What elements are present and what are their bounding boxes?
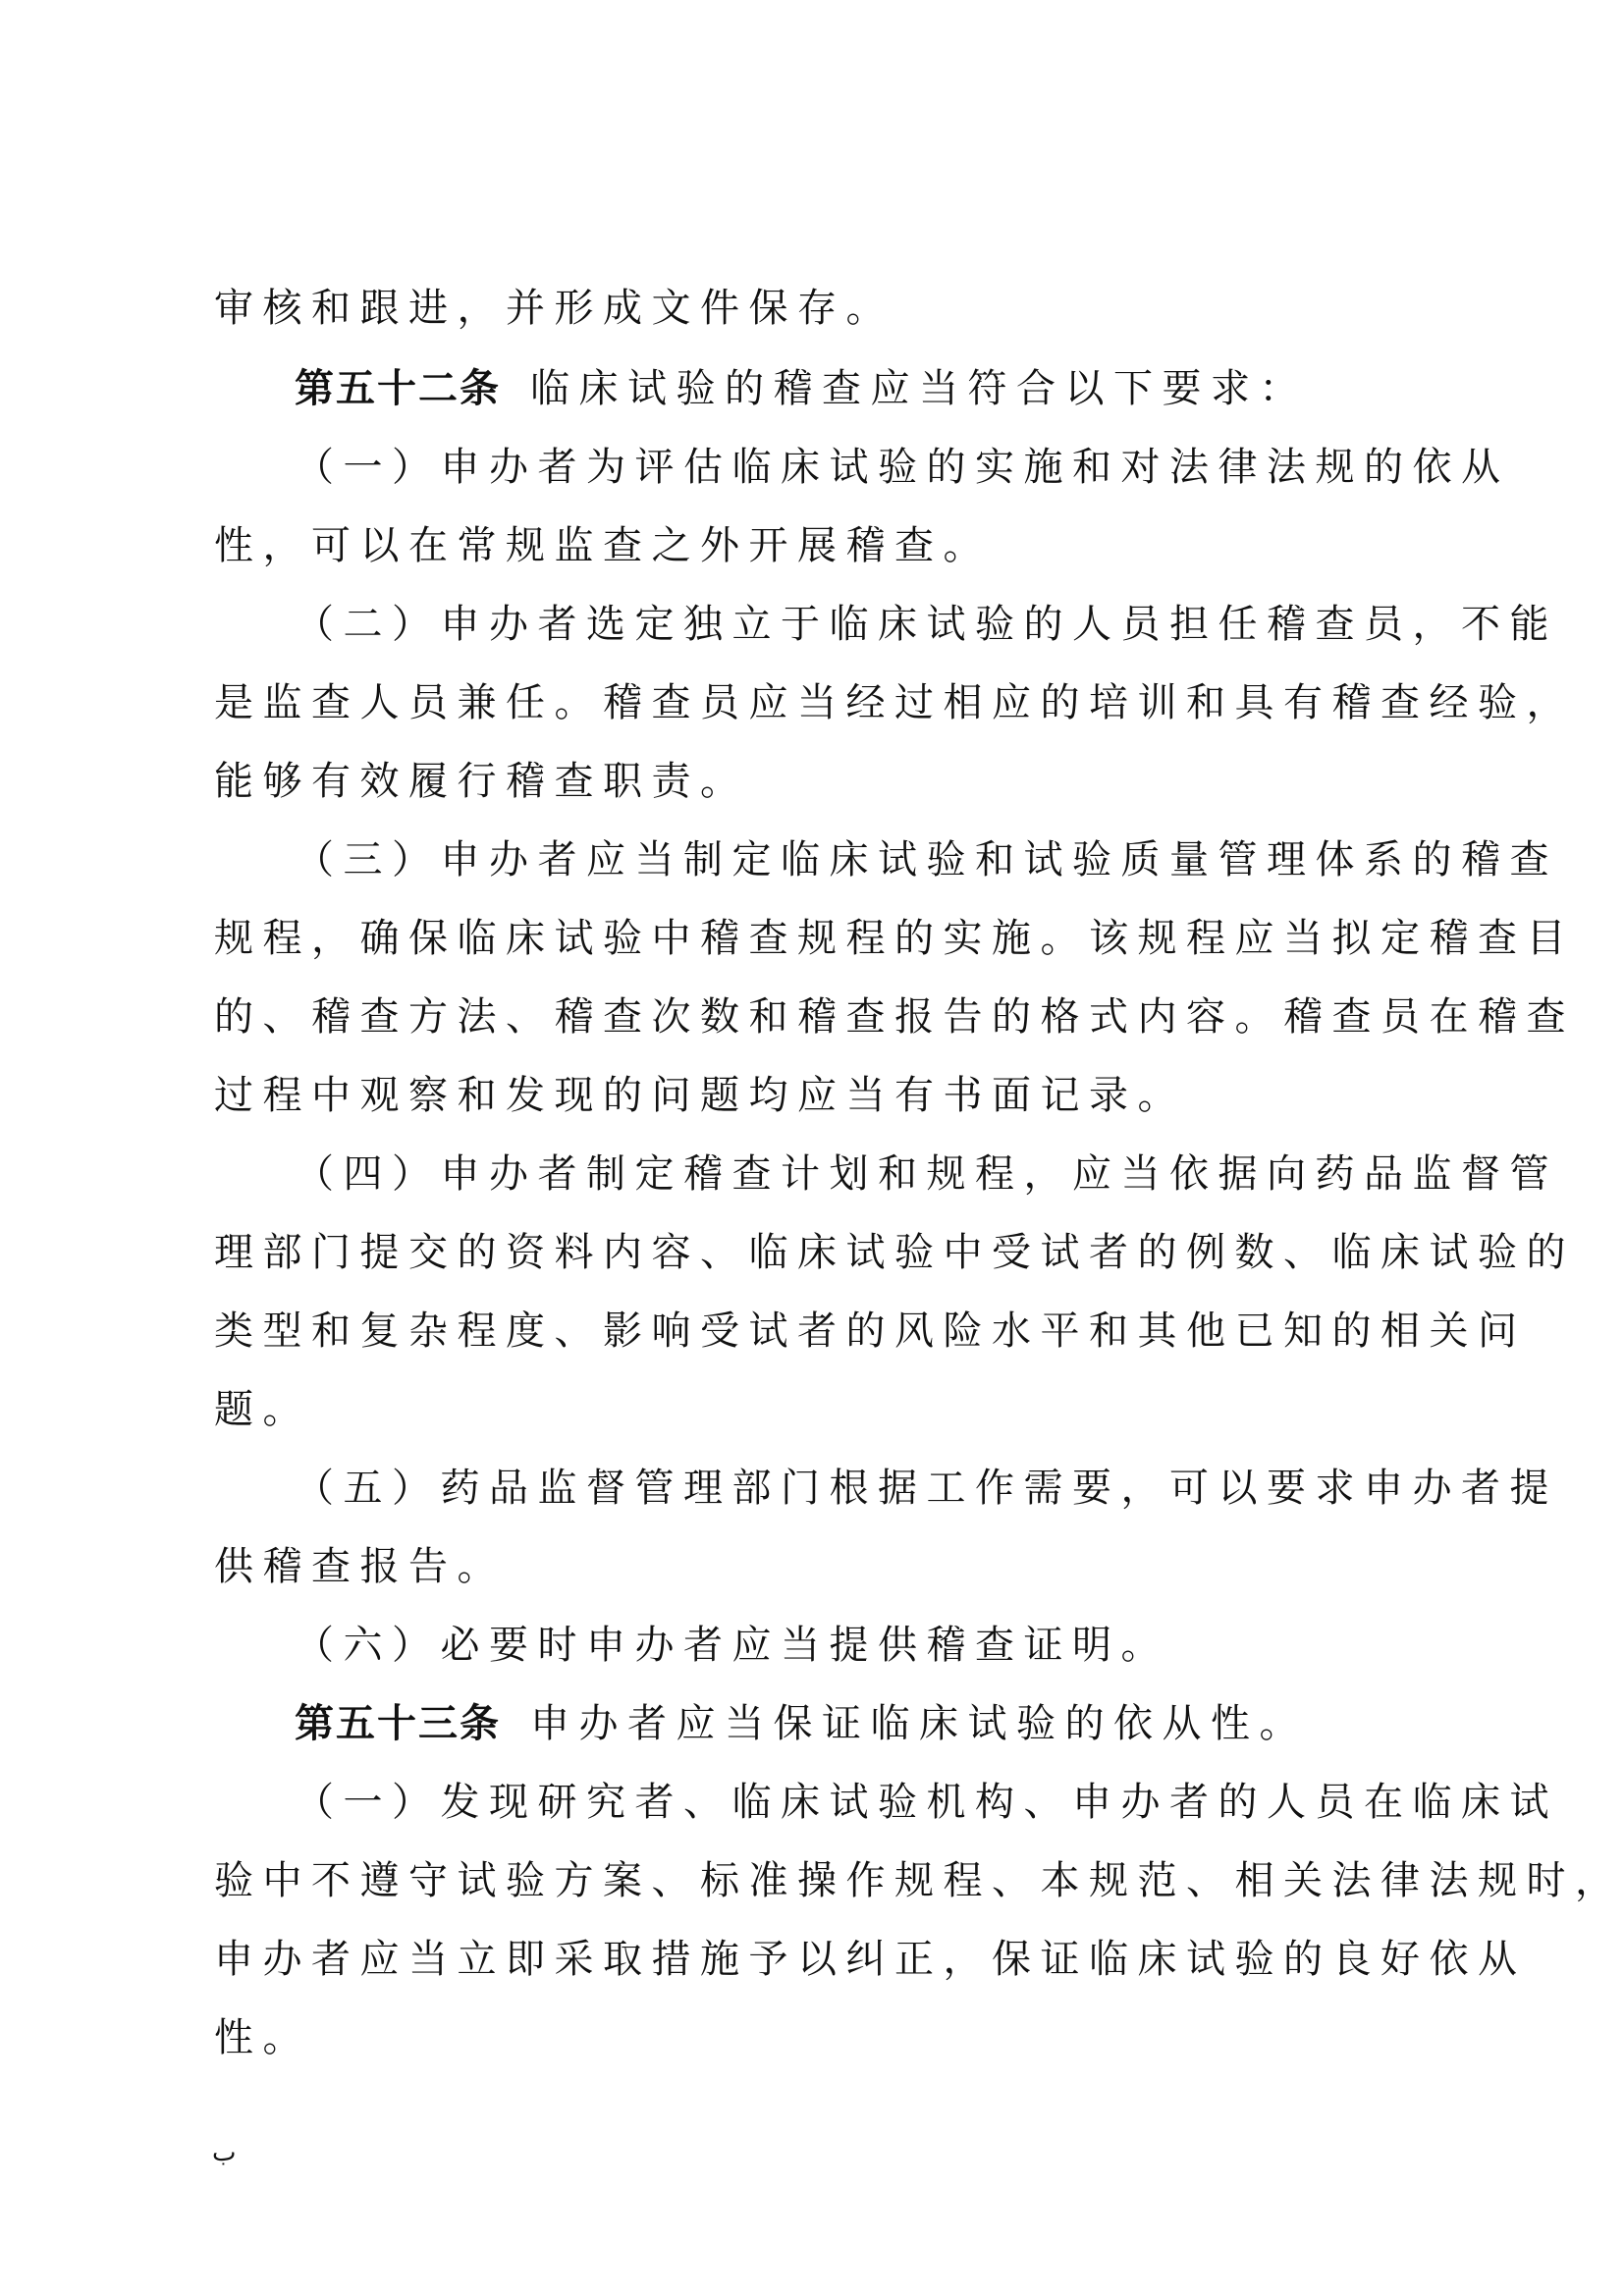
text-line: （二）申办者选定独立于临床试验的人员担任稽查员，不能 [295, 601, 1558, 648]
text-line: （一）发现研究者、临床试验机构、申办者的人员在临床试 [295, 1779, 1558, 1826]
text-line: 是监查人员兼任。稽查员应当经过相应的培训和具有稽查经验， [214, 679, 1575, 726]
text-line: （六）必要时申办者应当提供稽查证明。 [295, 1622, 1169, 1669]
text-line: （一）申办者为评估临床试验的实施和对法律法规的依从 [295, 444, 1510, 491]
article-heading: 第五十二条 [295, 366, 501, 411]
text-line: （三）申办者应当制定临床试验和试验质量管理体系的稽查 [295, 836, 1558, 883]
text-line: 性。 [214, 2014, 311, 2061]
article-heading: 第五十三条 [295, 1701, 501, 1746]
text-line: 理部门提交的资料内容、临床试验中受试者的例数、临床试验的 [214, 1229, 1575, 1276]
article-52-line: 第五十二条临床试验的稽查应当符合以下要求： [295, 365, 1308, 412]
text-line: 供稽查报告。 [214, 1543, 506, 1590]
article-text: 临床试验的稽查应当符合以下要求： [530, 366, 1308, 411]
text-line: 申办者应当立即采取措施予以纠正，保证临床试验的良好依从 [214, 1936, 1527, 1983]
text-line: 能够有效履行稽查职责。 [214, 758, 749, 805]
text-line: 的、稽查方法、稽查次数和稽查报告的格式内容。稽查员在稽查 [214, 993, 1575, 1041]
document-page: 审核和跟进，并形成文件保存。 第五十二条临床试验的稽查应当符合以下要求： （一）… [0, 0, 1624, 2296]
text-line: 规程，确保临床试验中稽查规程的实施。该规程应当拟定稽查目 [214, 915, 1575, 962]
text-line: 验中不遵守试验方案、标准操作规程、本规范、相关法律法规时， [214, 1857, 1624, 1904]
page-marker: ب [212, 2138, 236, 2167]
article-text: 申办者应当保证临床试验的依从性。 [530, 1701, 1308, 1746]
text-line: 类型和复杂程度、影响受试者的风险水平和其他已知的相关问 [214, 1308, 1527, 1355]
article-53-line: 第五十三条申办者应当保证临床试验的依从性。 [295, 1700, 1308, 1747]
text-line: 过程中观察和发现的问题均应当有书面记录。 [214, 1072, 1186, 1119]
text-line: 性，可以在常规监查之外开展稽查。 [214, 522, 992, 569]
text-line: 题。 [214, 1386, 311, 1433]
text-line: （五）药品监督管理部门根据工作需要，可以要求申办者提 [295, 1465, 1558, 1512]
text-line: 审核和跟进，并形成文件保存。 [214, 285, 894, 332]
text-line: （四）申办者制定稽查计划和规程，应当依据向药品监督管 [295, 1150, 1558, 1198]
